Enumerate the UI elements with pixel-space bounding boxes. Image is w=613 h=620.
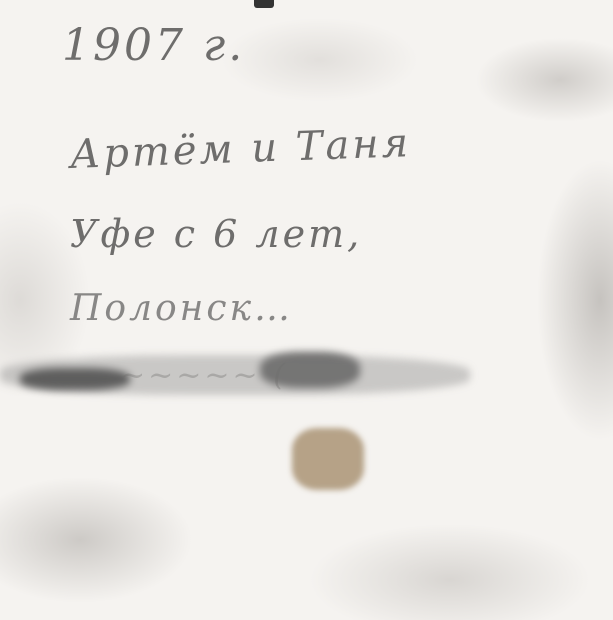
- top-dark-mark: [254, 0, 274, 8]
- handwritten-line-4: Полонск…: [70, 288, 293, 329]
- handwritten-line-names: Артём и Таня: [69, 120, 412, 178]
- handwritten-date: 1907 г.: [62, 20, 245, 71]
- aged-paper: 1907 г. Артём и Таня Уфе с 6 лет, Полонс…: [0, 0, 613, 620]
- brown-stain: [292, 428, 364, 490]
- handwritten-line-place: Уфе с 6 лет,: [70, 212, 362, 256]
- handwritten-line-5-illegible: ~~~~~ (: [120, 358, 288, 393]
